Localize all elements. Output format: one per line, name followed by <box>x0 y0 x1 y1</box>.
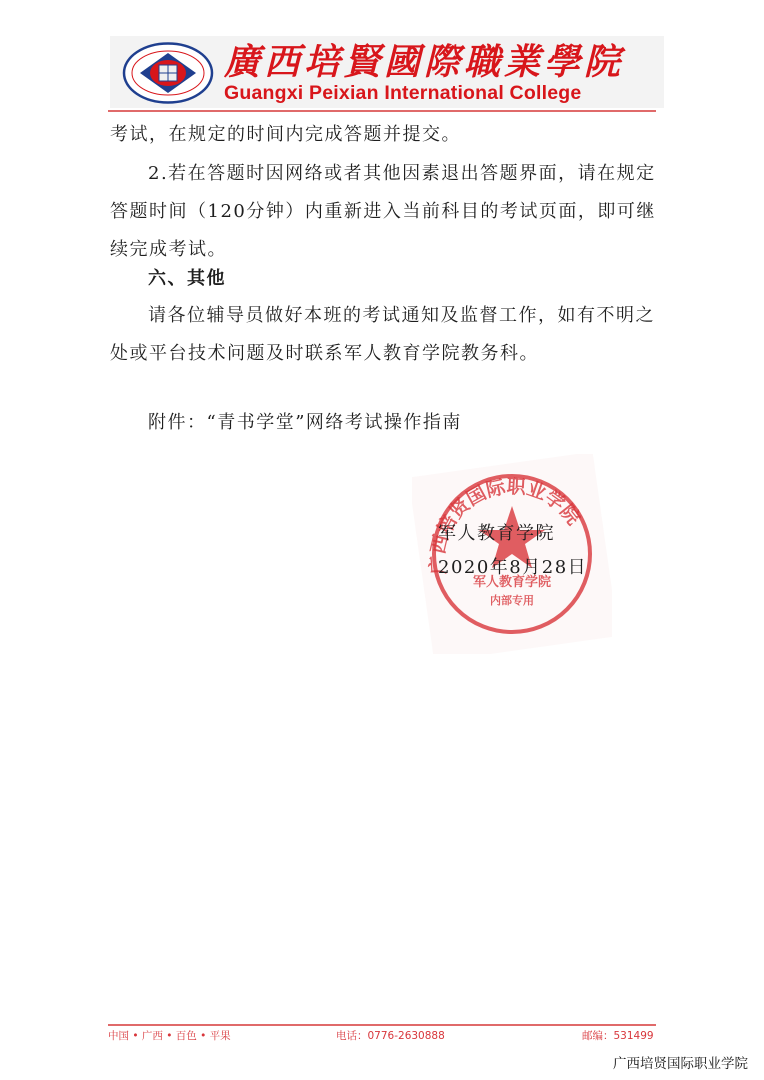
footer-phone: 电话：0776-2630888 <box>336 1028 445 1043</box>
header-divider <box>108 110 656 112</box>
paragraph-item-2: 2.若在答题时因网络或者其他因素退出答题界面，请在规定答题时间（120分钟）内重… <box>110 155 658 269</box>
attachment-line: 附件：“青书学堂”网络考试操作指南 <box>110 404 658 442</box>
section-heading-other: 六、其他 <box>110 260 658 298</box>
signature-issuer: 军人教育学院 <box>438 519 555 545</box>
signature-date: 2020年8月28日 <box>438 553 587 579</box>
paragraph-counselor-notice: 请各位辅导员做好本班的考试通知及监督工作，如有不明之处或平台技术问题及时联系军人… <box>110 297 658 373</box>
svg-text:内部专用: 内部专用 <box>490 593 534 607</box>
footer-postcode: 邮编：531499 <box>582 1028 654 1043</box>
source-watermark: 广西培贤国际职业学院 <box>613 1052 748 1072</box>
footer-divider <box>108 1024 656 1026</box>
college-logo-icon <box>122 42 214 104</box>
college-name-en: Guangxi Peixian International College <box>224 82 581 105</box>
footer-location: 中国 • 广西 • 百色 • 平果 <box>108 1028 231 1043</box>
paragraph-continued: 考试，在规定的时间内完成答题并提交。 <box>110 116 658 154</box>
college-name-cn: 廣西培賢國際職業學院 <box>224 40 654 84</box>
